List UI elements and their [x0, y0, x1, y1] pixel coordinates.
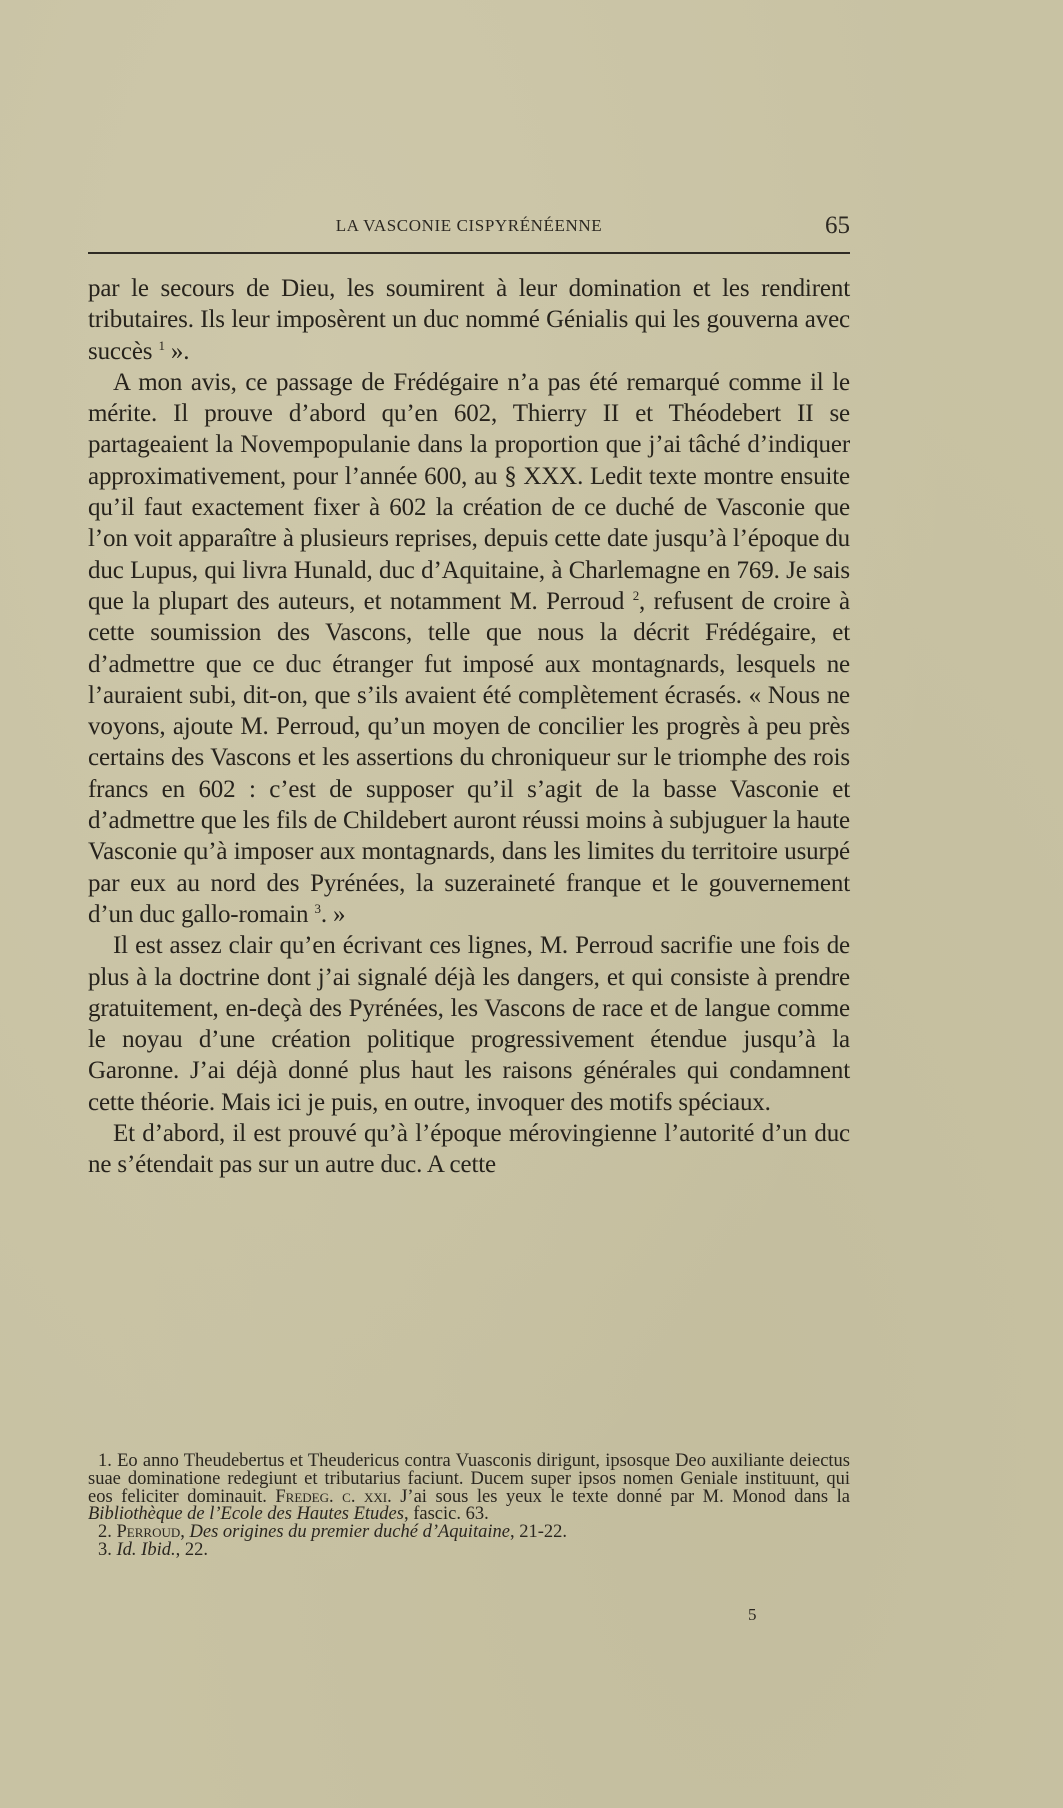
text-run: Il est assez clair qu’en écrivant ces li… — [88, 932, 850, 1115]
running-title: LA VASCONIE CISPYRÉNÉENNE — [88, 216, 850, 236]
footnote: 1. Eo anno Theudebertus et Theudericus c… — [88, 1453, 850, 1524]
text-run: ». — [165, 338, 190, 365]
text-run: A mon avis, ce passage de Frédégaire n’a… — [88, 369, 850, 615]
text-run: . » — [321, 901, 346, 928]
footnote-number: 3. — [98, 1540, 112, 1560]
text-run: par le secours de Dieu, les soumirent à … — [88, 275, 850, 365]
body-paragraph: Il est assez clair qu’en écrivant ces li… — [88, 930, 850, 1118]
italic-title: Id. Ibid. — [117, 1540, 176, 1560]
book-page: LA VASCONIE CISPYRÉNÉENNE 65 par le seco… — [88, 0, 850, 1808]
body-paragraph: Et d’abord, il est prouvé qu’à l’époque … — [88, 1118, 850, 1181]
running-head: LA VASCONIE CISPYRÉNÉENNE 65 — [88, 212, 850, 244]
body-paragraph: A mon avis, ce passage de Frédégaire n’a… — [88, 367, 850, 930]
text-run: , refusent de croire à cette soumission … — [88, 588, 850, 928]
signature-mark: 5 — [748, 1605, 757, 1625]
footnote: 3. Id. Ibid., 22. — [88, 1542, 850, 1560]
body-text: par le secours de Dieu, les soumirent à … — [88, 273, 850, 1181]
text-run: , 21-22. — [510, 1522, 567, 1542]
text-run: , 22. — [176, 1540, 208, 1560]
page-number: 65 — [825, 212, 850, 240]
italic-title: Des origines du premier duché d’Aquitain… — [190, 1522, 510, 1542]
footnotes: 1. Eo anno Theudebertus et Theudericus c… — [88, 1453, 850, 1560]
text-run: Et d’abord, il est prouvé qu’à l’époque … — [88, 1120, 850, 1178]
header-rule — [88, 252, 850, 254]
body-paragraph: par le secours de Dieu, les soumirent à … — [88, 273, 850, 367]
